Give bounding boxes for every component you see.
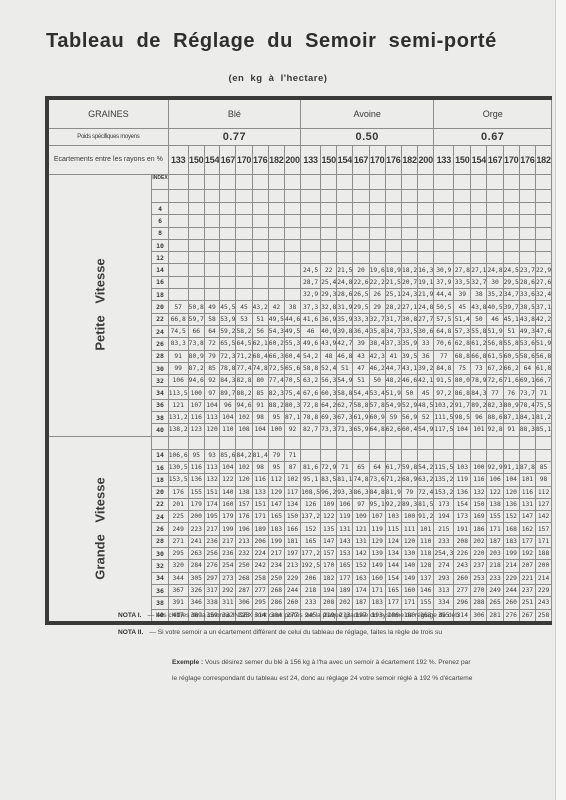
rate-cell: 137,2 xyxy=(301,511,321,523)
rate-cell: 260 xyxy=(503,597,519,609)
rate-cell: 113 xyxy=(204,461,219,473)
nota-1: NOTA I.— Les chiffres de la colonne INDE… xyxy=(118,612,558,619)
rate-cell xyxy=(188,264,204,276)
rate-cell: 147 xyxy=(268,498,284,510)
rate-cell xyxy=(434,215,454,227)
rate-cell: 72,8 xyxy=(301,399,321,411)
rate-cell: 39,5 xyxy=(401,350,417,362)
rate-cell: 152 xyxy=(301,523,321,535)
rate-cell xyxy=(252,227,268,239)
rate-cell: 258 xyxy=(252,572,268,584)
rate-cell: 98,5 xyxy=(454,412,471,424)
rate-cell: 91 xyxy=(168,350,188,362)
rate-cell: 271 xyxy=(168,535,188,547)
rate-cell: 126 xyxy=(301,498,321,510)
rate-cell xyxy=(434,239,454,251)
rate-cell xyxy=(471,203,487,215)
rate-cell: 19,6 xyxy=(369,264,385,276)
rate-cell: 171 xyxy=(252,511,268,523)
rate-cell: 84,8 xyxy=(369,486,385,498)
spacing-header: 150 xyxy=(188,146,204,175)
rate-cell: 101 xyxy=(471,424,487,436)
rate-cell: 251 xyxy=(519,597,535,609)
rate-cell: 106 xyxy=(168,375,188,387)
rate-cell xyxy=(418,203,434,215)
rate-cell: 70,5 xyxy=(284,375,300,387)
crop-name-0: Blé xyxy=(168,98,300,129)
rate-cell: 183 xyxy=(369,597,385,609)
rate-cell: 60,2 xyxy=(268,338,284,350)
rate-cell: 254 xyxy=(220,560,236,572)
rate-cell: 55,3 xyxy=(284,338,300,350)
rate-cell xyxy=(353,215,369,227)
example-section: Exemple : Vous désirez semer du blé à 15… xyxy=(172,659,558,691)
rate-cell: 96 xyxy=(471,412,487,424)
rate-cell: 66,8 xyxy=(168,313,188,325)
rate-cell: 37,3 xyxy=(385,338,401,350)
rate-cell: 77 xyxy=(487,387,503,399)
rate-cell: 97 xyxy=(204,387,219,399)
rate-cell: 57,3 xyxy=(454,325,471,337)
rate-cell: 213 xyxy=(236,535,252,547)
nota-1-label: NOTA I. xyxy=(118,612,141,619)
index-value: 8 xyxy=(152,227,168,239)
rate-cell xyxy=(321,252,337,264)
rate-cell: 59,8 xyxy=(401,461,417,473)
document-subtitle: (en kg à l'hectare) xyxy=(0,73,556,84)
rate-cell: 21,9 xyxy=(418,289,434,301)
rate-cell xyxy=(284,227,300,239)
rate-cell: 72,4 xyxy=(418,486,434,498)
notes-section: NOTA I.— Les chiffres de la colonne INDE… xyxy=(118,612,558,646)
rate-cell: 116 xyxy=(471,474,487,486)
rate-cell xyxy=(220,252,236,264)
rate-cell xyxy=(487,203,503,215)
rate-cell: 29,5 xyxy=(353,301,369,313)
rate-cell xyxy=(301,239,321,251)
rate-cell: 189 xyxy=(337,584,353,596)
nota-2: NOTA II.— Si votre semoir a un écartemen… xyxy=(118,629,558,636)
rate-cell: 96 xyxy=(220,399,236,411)
rate-cell: 92 xyxy=(284,424,300,436)
rate-cell: 34,7 xyxy=(503,289,519,301)
rate-cell: 206 xyxy=(301,572,321,584)
rate-cell: 115 xyxy=(385,523,401,535)
spacing-header: 167 xyxy=(220,146,236,175)
rate-cell: 37,3 xyxy=(301,301,321,313)
rate-cell: 218 xyxy=(301,584,321,596)
rate-cell xyxy=(284,203,300,215)
rate-cell: 45 xyxy=(418,387,434,399)
rate-cell: 320 xyxy=(168,560,188,572)
rate-cell: 89,2 xyxy=(471,399,487,411)
rate-cell xyxy=(220,239,236,251)
rate-cell: 42,3 xyxy=(369,350,385,362)
rate-cell: 30,9 xyxy=(434,264,454,276)
rate-cell xyxy=(454,203,471,215)
rate-cell: 236 xyxy=(220,548,236,560)
rate-cell: 214 xyxy=(535,572,551,584)
rate-cell: 134 xyxy=(284,498,300,510)
index-value: 18 xyxy=(152,289,168,301)
rate-cell: 52,9 xyxy=(401,399,417,411)
rate-cell: 84,1 xyxy=(519,412,535,424)
rate-cell xyxy=(519,215,535,227)
ecartements-label: Ecartements entre les rayons en % xyxy=(47,146,168,175)
rate-cell: 146 xyxy=(418,584,434,596)
rate-cell xyxy=(284,239,300,251)
rate-cell: 65,9 xyxy=(353,424,369,436)
rate-cell: 42 xyxy=(268,301,284,313)
rate-cell: 113 xyxy=(204,412,219,424)
rate-cell: 177 xyxy=(337,572,353,584)
rate-cell: 87,1 xyxy=(284,412,300,424)
rate-cell: 51 xyxy=(353,375,369,387)
crop-name-2: Orge xyxy=(434,98,552,129)
rate-cell xyxy=(220,289,236,301)
rate-cell xyxy=(301,215,321,227)
rate-cell: 79 xyxy=(268,449,284,461)
rate-cell xyxy=(188,276,204,288)
rate-cell: 24,8 xyxy=(487,264,503,276)
rate-cell: 174 xyxy=(353,584,369,596)
rate-cell: 111 xyxy=(401,523,417,535)
rate-cell: 71 xyxy=(284,449,300,461)
index-value: 16 xyxy=(152,461,168,473)
rate-cell: 43,8 xyxy=(519,313,535,325)
rate-cell: 72,5 xyxy=(268,362,284,374)
rate-cell: 102 xyxy=(284,474,300,486)
rate-cell: 197 xyxy=(284,548,300,560)
rate-cell: 43,8 xyxy=(471,301,487,313)
rate-cell: 183 xyxy=(268,523,284,535)
rate-cell: 104 xyxy=(220,412,236,424)
rate-cell: 50 xyxy=(369,375,385,387)
rate-cell xyxy=(454,239,471,251)
rate-cell xyxy=(503,203,519,215)
rate-cell: 102 xyxy=(236,412,252,424)
rate-cell: 38 xyxy=(284,301,300,313)
rate-cell: 293 xyxy=(434,572,454,584)
rate-cell xyxy=(268,252,284,264)
rate-cell: 64 xyxy=(204,325,219,337)
rate-cell: 73,8 xyxy=(188,338,204,350)
rate-cell: 93 xyxy=(204,449,219,461)
rate-cell: 179 xyxy=(220,511,236,523)
rate-cell xyxy=(268,289,284,301)
rate-cell: 71,2 xyxy=(385,474,401,486)
rate-cell: 98 xyxy=(535,474,551,486)
rate-cell xyxy=(220,264,236,276)
index-value: 24 xyxy=(152,325,168,337)
rate-cell: 108 xyxy=(236,424,252,436)
rate-cell: 85 xyxy=(252,387,268,399)
example-line-1: Vous désirez semer du blé à 156 kg à l'h… xyxy=(205,659,471,666)
rate-cell: 27,8 xyxy=(454,264,471,276)
rate-cell xyxy=(252,239,268,251)
rate-cell: 81,9 xyxy=(385,486,401,498)
rate-cell: 87,8 xyxy=(519,461,535,473)
rate-cell: 107 xyxy=(188,399,204,411)
rate-cell: 86,3 xyxy=(353,486,369,498)
rate-cell: 100 xyxy=(268,424,284,436)
rate-cell: 54,3 xyxy=(268,325,284,337)
rate-cell xyxy=(487,239,503,251)
index-value: 20 xyxy=(152,486,168,498)
rate-cell: 111,5 xyxy=(434,412,454,424)
rate-cell: 140 xyxy=(220,486,236,498)
rate-cell: 46,8 xyxy=(337,350,353,362)
rate-cell xyxy=(337,449,353,461)
rate-cell: 88,6 xyxy=(487,412,503,424)
rate-cell: 196 xyxy=(236,523,252,535)
rate-cell: 243 xyxy=(535,597,551,609)
rate-cell: 155 xyxy=(188,486,204,498)
rate-cell xyxy=(471,215,487,227)
rate-cell: 116 xyxy=(188,412,204,424)
rate-cell xyxy=(353,227,369,239)
rate-cell: 243 xyxy=(454,560,471,572)
index-value: 20 xyxy=(152,301,168,313)
rate-cell: 152 xyxy=(503,511,519,523)
section-label: Petite Vitesse xyxy=(93,259,108,351)
rate-cell: 166 xyxy=(284,523,300,535)
rate-cell: 97,2 xyxy=(434,387,454,399)
rate-cell: 237 xyxy=(471,560,487,572)
rate-cell xyxy=(236,227,252,239)
rate-cell: 70,6 xyxy=(434,338,454,350)
rate-cell xyxy=(353,203,369,215)
rate-cell: 37,1 xyxy=(535,301,551,313)
rate-cell: 263 xyxy=(188,548,204,560)
rate-cell: 21,5 xyxy=(337,264,353,276)
rate-cell: 132 xyxy=(471,486,487,498)
index-value: 32 xyxy=(152,560,168,572)
rate-cell xyxy=(434,252,454,264)
index-value: 36 xyxy=(152,399,168,411)
rate-cell: 33,5 xyxy=(401,325,417,337)
rate-cell xyxy=(168,227,188,239)
rate-cell: 150 xyxy=(471,498,487,510)
rate-cell: 100 xyxy=(401,511,417,523)
rate-cell: 41,6 xyxy=(301,313,321,325)
rate-cell: 57,8 xyxy=(369,399,385,411)
index-header-row: Petite VitesseINDEX xyxy=(47,175,552,190)
rate-cell: 81,6 xyxy=(301,461,321,473)
rate-cell: 42,2 xyxy=(535,313,551,325)
rate-cell: 202 xyxy=(471,535,487,547)
rate-cell xyxy=(204,276,219,288)
rate-cell: 131 xyxy=(337,523,353,535)
rate-cell: 58,2 xyxy=(236,325,252,337)
rate-cell: 177 xyxy=(519,535,535,547)
rate-cell: 58,8 xyxy=(337,387,353,399)
rate-cell xyxy=(268,203,284,215)
rate-cell: 93,3 xyxy=(337,486,353,498)
rate-cell: 78,9 xyxy=(471,375,487,387)
rate-cell xyxy=(301,449,321,461)
rate-cell: 391 xyxy=(168,597,188,609)
rate-cell xyxy=(454,252,471,264)
rate-cell: 62,1 xyxy=(252,338,268,350)
rate-cell: 109 xyxy=(321,498,337,510)
rate-cell xyxy=(168,203,188,215)
rate-cell: 160 xyxy=(220,498,236,510)
rate-cell: 95,1 xyxy=(369,498,385,510)
spacing-header: 176 xyxy=(519,146,535,175)
rate-cell xyxy=(385,227,401,239)
rate-cell: 168 xyxy=(503,523,519,535)
rate-cell: 74,8 xyxy=(252,362,268,374)
rate-cell: 28,7 xyxy=(301,276,321,288)
rate-cell: 66 xyxy=(188,325,204,337)
rate-cell: 92,9 xyxy=(487,461,503,473)
rate-cell: 58,8 xyxy=(301,362,321,374)
rate-cell: 192,5 xyxy=(301,560,321,572)
section-label-cell: Grande Vitesse xyxy=(47,436,152,623)
index-value: 24 xyxy=(152,511,168,523)
rate-cell: 334 xyxy=(434,597,454,609)
rate-cell: 48,5 xyxy=(418,399,434,411)
rate-cell: 37,9 xyxy=(434,276,454,288)
poids-label: Poids spécifiques moyens xyxy=(47,129,168,146)
rate-cell: 92,2 xyxy=(385,498,401,510)
rate-cell xyxy=(487,449,503,461)
rate-cell: 71 xyxy=(337,461,353,473)
spacing-header: 133 xyxy=(434,146,454,175)
rate-cell: 129 xyxy=(369,535,385,547)
rate-cell: 151 xyxy=(204,486,219,498)
rate-cell: 121 xyxy=(353,523,369,535)
rate-cell: 208 xyxy=(321,597,337,609)
index-value: 18 xyxy=(152,474,168,486)
rate-cell: 43 xyxy=(353,350,369,362)
rate-cell: 208 xyxy=(454,535,471,547)
rate-cell: 181 xyxy=(284,535,300,547)
rate-cell: 101 xyxy=(519,474,535,486)
rate-cell: 256 xyxy=(204,548,219,560)
rate-cell: 61,7 xyxy=(385,461,401,473)
rate-cell: 95,1 xyxy=(301,474,321,486)
rate-cell: 122 xyxy=(321,511,337,523)
rate-cell xyxy=(337,252,353,264)
rate-cell: 183 xyxy=(503,535,519,547)
rate-cell: 119 xyxy=(369,523,385,535)
rate-cell: 157 xyxy=(535,523,551,535)
rate-cell: 61,8 xyxy=(535,362,551,374)
rate-cell: 151 xyxy=(252,498,268,510)
rate-cell: 39 xyxy=(454,289,471,301)
rate-cell: 113,5 xyxy=(168,387,188,399)
rate-cell: 29,3 xyxy=(321,289,337,301)
rate-cell: 49 xyxy=(204,301,219,313)
rate-cell: 59 xyxy=(385,412,401,424)
rate-cell: 18,9 xyxy=(385,264,401,276)
rate-cell: 64,8 xyxy=(434,325,454,337)
rate-cell xyxy=(204,264,219,276)
rate-cell: 30,6 xyxy=(418,325,434,337)
rate-cell: 229 xyxy=(284,572,300,584)
rate-cell: 68,4 xyxy=(252,350,268,362)
rate-cell: 56,3 xyxy=(321,375,337,387)
rate-cell: 130,5 xyxy=(168,461,188,473)
rate-cell: 138,2 xyxy=(168,424,188,436)
rate-cell: 130 xyxy=(401,548,417,560)
rate-cell: 31,9 xyxy=(337,301,353,313)
rate-cell: 140 xyxy=(401,560,417,572)
rate-cell: 56,8 xyxy=(535,350,551,362)
rate-cell: 115,5 xyxy=(434,461,454,473)
index-value: 28 xyxy=(152,535,168,547)
rate-cell xyxy=(434,227,454,239)
rate-cell xyxy=(385,215,401,227)
spacing-header: 200 xyxy=(418,146,434,175)
rate-cell: 104 xyxy=(454,424,471,436)
rate-cell xyxy=(503,227,519,239)
rate-cell: 72,9 xyxy=(321,461,337,473)
rate-cell: 108,5 xyxy=(301,486,321,498)
rate-cell xyxy=(503,449,519,461)
rate-cell: 236 xyxy=(204,535,219,547)
rate-cell: 64,8 xyxy=(369,424,385,436)
rate-cell: 346 xyxy=(188,597,204,609)
rate-cell: 192 xyxy=(519,548,535,560)
rate-cell xyxy=(204,239,219,251)
rate-cell: 39,8 xyxy=(337,325,353,337)
rate-cell xyxy=(434,203,454,215)
rate-cell: 106 xyxy=(487,474,503,486)
rate-cell: 200 xyxy=(188,511,204,523)
rate-cell: 73 xyxy=(471,362,487,374)
rate-cell: 53,9 xyxy=(220,313,236,325)
rate-cell: 57,5 xyxy=(434,313,454,325)
rate-cell: 119 xyxy=(337,511,353,523)
rate-cell: 54,9 xyxy=(385,399,401,411)
rate-cell: 73,6 xyxy=(369,474,385,486)
rate-cell: 100 xyxy=(471,461,487,473)
rate-cell: 110 xyxy=(220,424,236,436)
rate-cell xyxy=(369,215,385,227)
rate-cell: 122 xyxy=(487,486,503,498)
rate-cell: 77,4 xyxy=(268,375,284,387)
rate-cell: 58,8 xyxy=(353,399,369,411)
rate-cell: 199 xyxy=(268,535,284,547)
rate-cell: 154 xyxy=(385,572,401,584)
rate-cell: 27,1 xyxy=(401,301,417,313)
rate-cell: 53 xyxy=(236,313,252,325)
header-crops-row: GRAINESBléAvoineOrge xyxy=(47,98,552,129)
rate-cell: 147 xyxy=(519,511,535,523)
document-title: Tableau de Réglage du Semoir semi-porté xyxy=(46,30,516,53)
rate-cell xyxy=(353,239,369,251)
rate-cell: 277 xyxy=(252,584,268,596)
rate-cell xyxy=(204,203,219,215)
rate-cell: 35,2 xyxy=(487,289,503,301)
spacing-header: 150 xyxy=(454,146,471,175)
rate-cell: 96,2 xyxy=(321,486,337,498)
index-value: 14 xyxy=(152,449,168,461)
rate-cell xyxy=(519,227,535,239)
rate-cell: 42,7 xyxy=(337,338,353,350)
rate-cell: 54,2 xyxy=(301,350,321,362)
rate-cell: 155 xyxy=(418,597,434,609)
rate-cell: 33,6 xyxy=(519,289,535,301)
rate-cell: 89,7 xyxy=(220,387,236,399)
rate-cell: 98 xyxy=(252,461,268,473)
rate-cell: 48 xyxy=(321,350,337,362)
rate-cell: 176 xyxy=(168,486,188,498)
rate-cell: 55,8 xyxy=(471,325,487,337)
